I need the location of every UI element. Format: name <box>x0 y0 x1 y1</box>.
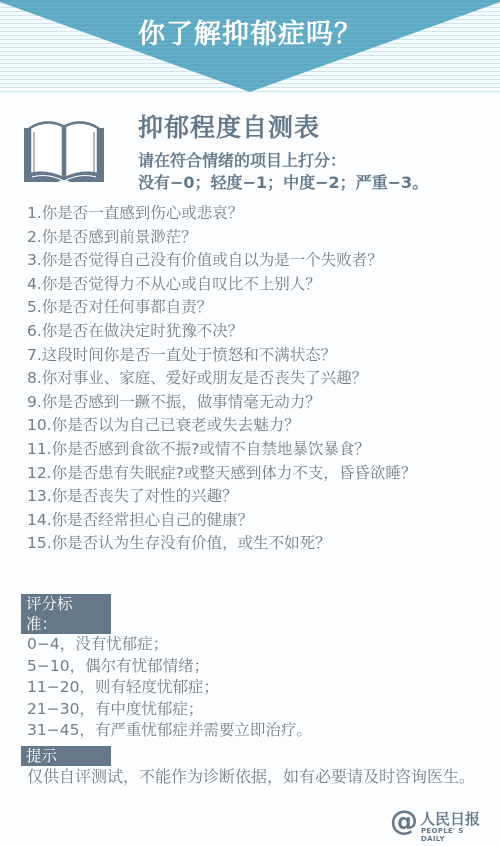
header: 你了解抑郁症吗？ <box>0 0 500 94</box>
open-book-icon <box>22 116 106 184</box>
criteria-item: 31−45，有严重忧郁症并需要立即治疗。 <box>27 720 491 742</box>
question-item: 15.你是否认为生存没有价值，或生不如死？ <box>27 532 497 556</box>
page-title: 你了解抑郁症吗？ <box>0 12 500 51</box>
question-item: 11.你是否感到食欲不振?或情不自禁地暴饮暴食？ <box>27 438 497 462</box>
intro-section: 抑郁程度自测表 请在符合情绪的项目上打分： 没有−0；轻度−1；中度−2；严重−… <box>20 108 490 193</box>
tip-text: 仅供自评测试，不能作为诊断依据，如有必要请及时咨询医生。 <box>21 766 491 788</box>
question-item: 7.这段时间你是否一直处于愤怒和不满状态？ <box>27 344 497 368</box>
criteria-label: 评分标准： <box>21 594 111 634</box>
question-item: 8.你对事业、家庭、爱好或朋友是否丧失了兴趣？ <box>27 367 497 391</box>
criteria-item: 5−10，偶尔有忧郁情绪； <box>27 656 491 678</box>
instruction-text: 请在符合情绪的项目上打分： 没有−0；轻度−1；中度−2；严重−3。 <box>138 150 428 194</box>
criteria-list: 0−4，没有忧郁症； 5−10，偶尔有忧郁情绪； 11−20，则有轻度忧郁症； … <box>21 634 491 742</box>
question-item: 10.你是否以为自己已衰老或失去魅力？ <box>27 414 497 438</box>
question-item: 14.你是否经常担心自己的健康？ <box>27 509 497 533</box>
tip-label: 提示 <box>21 746 111 766</box>
at-icon: @ <box>390 806 418 836</box>
question-item: 5.你是否对任何事都自责？ <box>27 296 497 320</box>
question-item: 1.你是否一直感到伤心或悲哀？ <box>27 202 497 226</box>
peoples-daily-logo: @ 人民日报 PEOPLE' S DAILY <box>390 806 486 838</box>
logo-name-cn: 人民日报 <box>420 808 480 829</box>
question-item: 12.你是否患有失眠症?或整天感到体力不支，昏昏欲睡？ <box>27 462 497 486</box>
scoring-criteria: 评分标准： 0−4，没有忧郁症； 5−10，偶尔有忧郁情绪； 11−20，则有轻… <box>21 594 491 742</box>
tip-section: 提示 仅供自评测试，不能作为诊断依据，如有必要请及时咨询医生。 <box>21 746 491 788</box>
question-item: 13.你是否丧失了对性的兴趣？ <box>27 485 497 509</box>
question-list: 1.你是否一直感到伤心或悲哀？ 2.你是否感到前景渺茫？ 3.你是否觉得自己没有… <box>27 202 497 556</box>
instruction-line: 请在符合情绪的项目上打分： <box>138 150 428 172</box>
criteria-item: 11−20，则有轻度忧郁症； <box>27 677 491 699</box>
test-title: 抑郁程度自测表 <box>138 108 320 144</box>
question-item: 3.你是否觉得自己没有价值或自以为是一个失败者？ <box>27 249 497 273</box>
question-item: 6.你是否在做决定时犹豫不决？ <box>27 320 497 344</box>
criteria-item: 21−30，有中度忧郁症； <box>27 699 491 721</box>
question-item: 2.你是否感到前景渺茫？ <box>27 226 497 250</box>
criteria-item: 0−4，没有忧郁症； <box>27 634 491 656</box>
logo-name-en: PEOPLE' S DAILY <box>421 827 486 843</box>
question-item: 4.你是否觉得力不从心或自叹比不上别人？ <box>27 273 497 297</box>
score-scale: 没有−0；轻度−1；中度−2；严重−3。 <box>138 172 428 194</box>
question-item: 9.你是否感到一蹶不振，做事情毫无动力？ <box>27 391 497 415</box>
